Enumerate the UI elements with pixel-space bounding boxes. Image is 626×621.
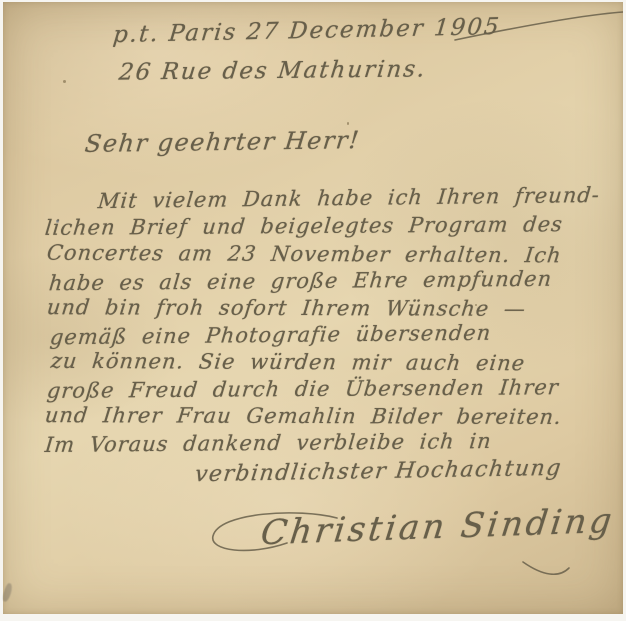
paper-smudge — [1, 582, 14, 602]
letter-body-line: und bin froh sofort Ihrem Wünsche — — [46, 295, 528, 321]
scanned-letter: p.t. Paris 27 December 1905 26 Rue des M… — [0, 0, 626, 621]
letter-body-line: große Freud durch die Übersenden Ihrer — [46, 375, 560, 403]
paper-speck — [347, 122, 349, 125]
letter-body-line: gemäß eine Photografie übersenden — [49, 321, 493, 350]
paper-speck — [56, 220, 59, 223]
letter-salutation: Sehr geehrter Herr! — [83, 126, 361, 158]
letter-body-line: und Ihrer Frau Gemahlin Bilder bereiten. — [44, 403, 563, 429]
paper-speck — [63, 80, 66, 83]
letter-body-line: Concertes am 23 November erhalten. Ich — [46, 241, 563, 268]
letter-closing: verbindlichster Hochachtung — [193, 456, 563, 487]
letter-signature: Christian Sinding — [259, 501, 617, 554]
letter-body-line: lichen Brief und beigelegtes Program des — [44, 212, 564, 240]
letter-address: 26 Rue des Mathurins. — [118, 56, 428, 85]
letter-body-line: Mit vielem Dank habe ich Ihren freund- — [97, 183, 601, 213]
paper-speck — [475, 304, 477, 306]
letter-dateline: p.t. Paris 27 December 1905 — [112, 14, 502, 48]
pen-flourish-signature-tail — [523, 562, 569, 574]
letter-body-line: zu können. Sie würden mir auch eine — [50, 349, 527, 375]
letter-paper: p.t. Paris 27 December 1905 26 Rue des M… — [3, 2, 623, 614]
letter-body-line: habe es als eine große Ehre empfunden — [48, 267, 553, 295]
letter-body-line: Im Voraus dankend verbleibe ich in — [44, 429, 493, 457]
